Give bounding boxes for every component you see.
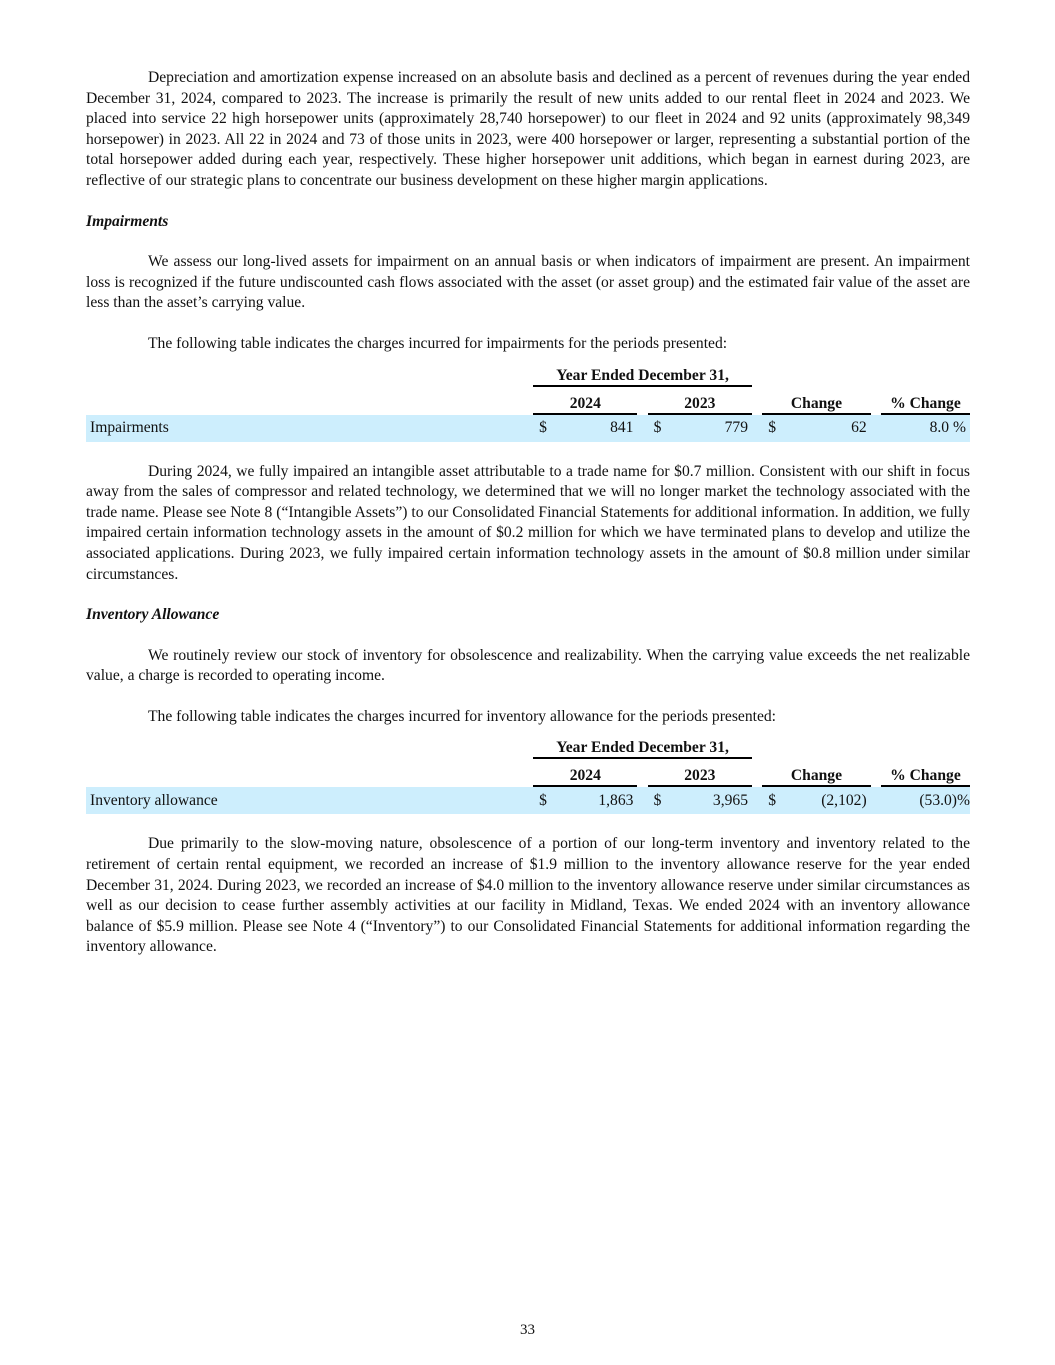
value-pct-change: (53.0)% [881, 787, 970, 814]
impairments-table-intro: The following table indicates the charge… [86, 334, 970, 355]
row-label: Impairments [86, 415, 533, 442]
inventory-group-header: Year Ended December 31, [533, 731, 752, 759]
impairments-group-header: Year Ended December 31, [533, 359, 752, 387]
currency-symbol: $ [762, 787, 785, 814]
value-2024: 841 [556, 415, 638, 442]
currency-symbol: $ [533, 787, 556, 814]
col-header-pct-change: % Change [881, 759, 970, 787]
depreciation-paragraph: Depreciation and amortization expense in… [86, 68, 970, 192]
col-header-pct-change: % Change [881, 387, 970, 415]
value-2023: 3,965 [670, 787, 752, 814]
table-row: Impairments $ 841 $ 779 $ 62 8.0 % [86, 415, 970, 442]
impairments-table: Year Ended December 31, 2024 2023 Change… [86, 359, 970, 442]
impairments-intro-paragraph: We assess our long-lived assets for impa… [86, 252, 970, 314]
impairments-detail-paragraph: During 2024, we fully impaired an intang… [86, 462, 970, 586]
row-label: Inventory allowance [86, 787, 533, 814]
inventory-intro-paragraph: We routinely review our stock of invento… [86, 646, 970, 687]
value-2024: 1,863 [556, 787, 638, 814]
table-row: Inventory allowance $ 1,863 $ 3,965 $ (2… [86, 787, 970, 814]
col-header-2024: 2024 [533, 759, 637, 787]
page-number: 33 [0, 1322, 1055, 1339]
inventory-table-intro: The following table indicates the charge… [86, 707, 970, 728]
currency-symbol: $ [533, 415, 556, 442]
currency-symbol: $ [762, 415, 785, 442]
currency-symbol: $ [648, 415, 671, 442]
value-change: (2,102) [785, 787, 871, 814]
inventory-detail-paragraph: Due primarily to the slow-moving nature,… [86, 834, 970, 958]
col-header-change: Change [762, 387, 870, 415]
impairments-heading: Impairments [86, 212, 970, 233]
inventory-heading: Inventory Allowance [86, 605, 970, 626]
col-header-2023: 2023 [648, 387, 752, 415]
currency-symbol: $ [648, 787, 671, 814]
col-header-2024: 2024 [533, 387, 637, 415]
value-2023: 779 [670, 415, 752, 442]
value-change: 62 [785, 415, 871, 442]
col-header-2023: 2023 [648, 759, 752, 787]
inventory-table: Year Ended December 31, 2024 2023 Change… [86, 731, 970, 814]
value-pct-change: 8.0 % [881, 415, 970, 442]
col-header-change: Change [762, 759, 870, 787]
document-page: Depreciation and amortization expense in… [86, 68, 970, 958]
